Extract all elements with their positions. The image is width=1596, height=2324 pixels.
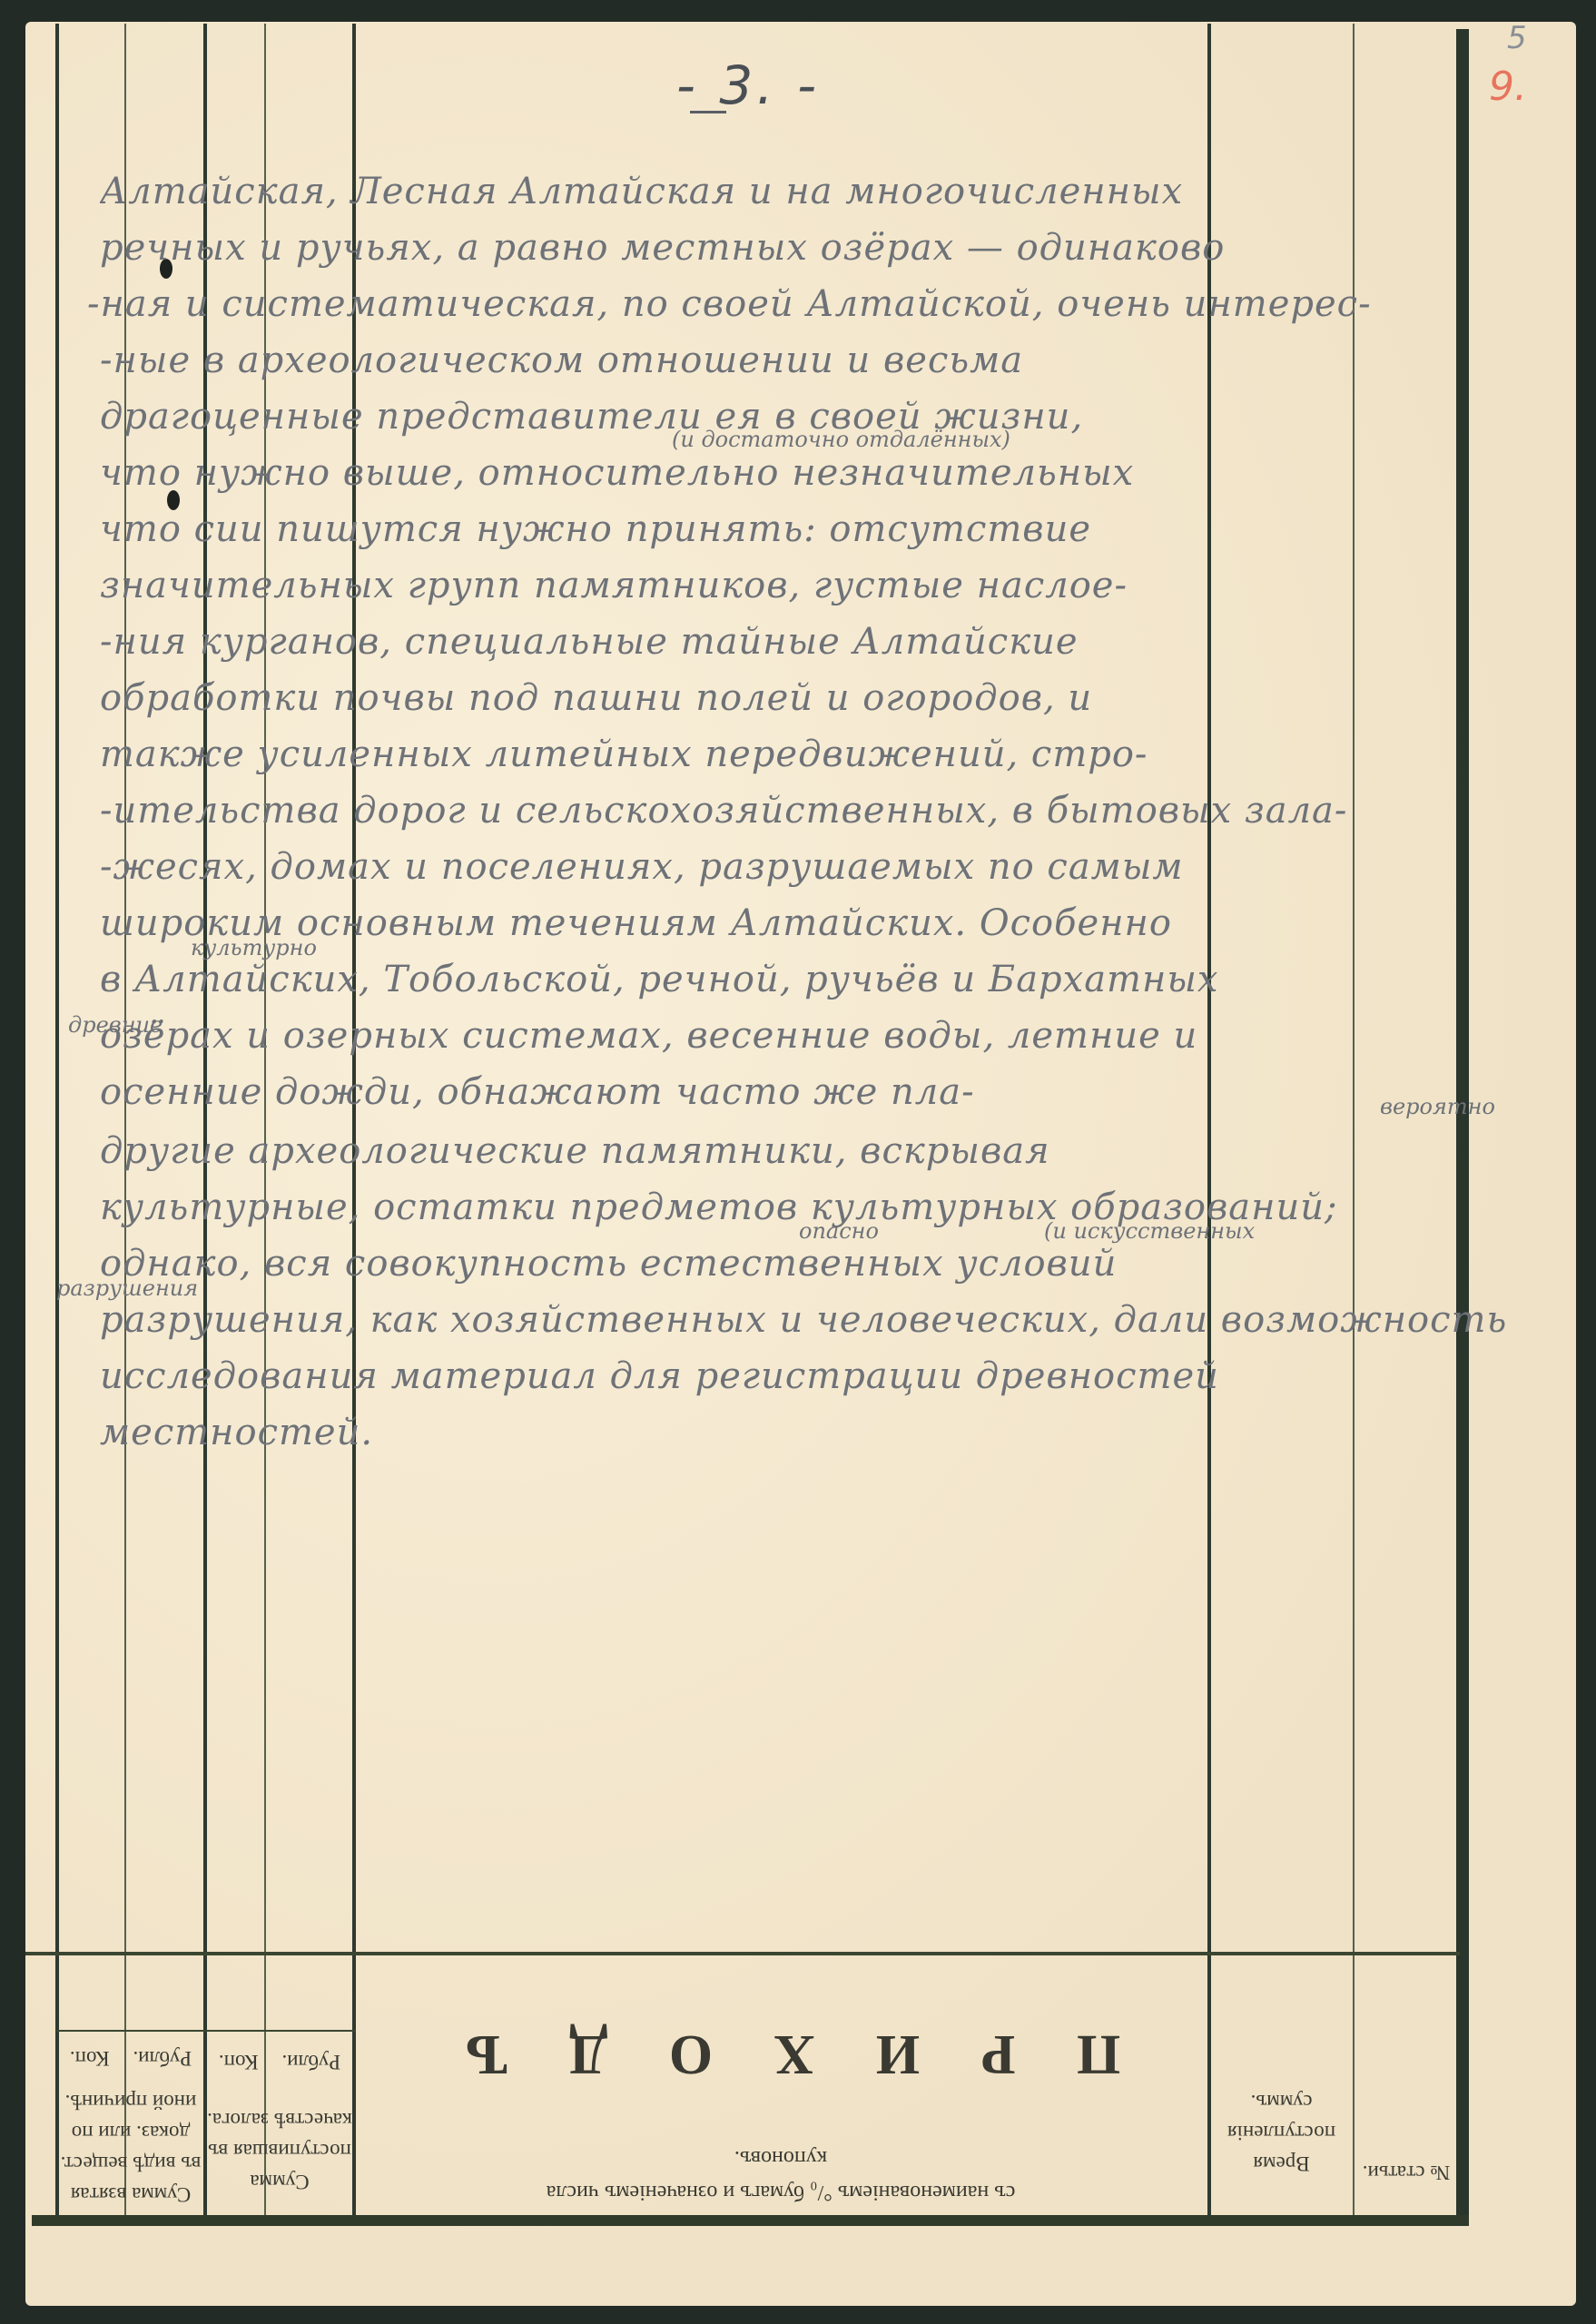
header-subtitle: съ наименованіемъ °/₀ бумагъ и означеніе…: [359, 2175, 1203, 2210]
handwritten-line: речных и ручьях, а равно местных озёрах …: [100, 227, 1516, 269]
header-top-rule: [25, 1952, 1460, 1955]
header-col-number: № статьи.: [1356, 1961, 1456, 2215]
handwritten-line: другие археологические памятники, вскрыв…: [100, 1130, 1516, 1172]
insertion-note: (и достаточно отдалённых): [672, 427, 1010, 452]
header-title: П Р И Х О Д Ъ: [359, 2022, 1203, 2086]
insertion-note: древние: [68, 1012, 163, 1038]
insertion-note: разрушения: [56, 1275, 198, 1301]
handwritten-line: озёрах и озерных системах, весенние воды…: [100, 1015, 1516, 1057]
header-col-evidence: Сумма взятая въ видѣ вещест. доказ. или …: [58, 1961, 203, 2215]
page-number-underline: [690, 111, 726, 113]
handwritten-line: -ная и систематическая, по своей Алтайск…: [87, 283, 1503, 325]
header-col-time: Время поступленія суммъ.: [1211, 1961, 1352, 2215]
handwritten-line: исследования материал для регистрации др…: [100, 1355, 1516, 1397]
handwritten-line: разрушения, как хозяйственных и человече…: [100, 1299, 1516, 1341]
handwritten-line: однако, вся совокупность естественных ус…: [100, 1243, 1516, 1285]
insertion-note: вероятно: [1380, 1094, 1495, 1119]
handwritten-line: -ния курганов, специальные тайные Алтайс…: [100, 621, 1516, 663]
handwritten-line: в Алтайских, Тобольской, речной, ручьёв …: [100, 959, 1516, 1000]
handwritten-line: значительных групп памятников, густые на…: [100, 565, 1516, 606]
folio-pencil: 5: [1507, 20, 1527, 56]
header-col-evidence-sub: Рубли. Коп.: [58, 2043, 203, 2073]
insertion-note: (и искусственных: [1044, 1218, 1255, 1244]
insertion-note: культурно: [191, 935, 317, 960]
handwritten-line: что сии пишутся нужно принять: отсутстви…: [100, 508, 1516, 550]
handwritten-line: -жесях, домах и поселениях, разрушаемых …: [100, 846, 1516, 888]
handwritten-line: что нужно выше, относительно незначитель…: [100, 452, 1516, 494]
column-rule: [55, 24, 59, 2221]
header-col-pledge: Сумма поступившая въ качествѣ залога. Ру…: [207, 1961, 352, 2215]
handwritten-line: Алтайская, Лесная Алтайская и на многочи…: [100, 171, 1516, 212]
handwritten-line: также усиленных литейных передвижений, с…: [100, 734, 1516, 775]
handwritten-line: обработки почвы под пашни полей и огород…: [100, 677, 1516, 719]
header-bottom-rule: [32, 2215, 1469, 2226]
header-subtitle-2: купоновъ.: [359, 2141, 1203, 2175]
handwritten-line: осенние дожди, обнажают часто же пла-: [100, 1071, 1516, 1113]
folio-red: 9.: [1489, 64, 1527, 110]
insertion-note: опасно: [799, 1218, 879, 1244]
handwritten-line: -ные в археологическом отношении и весьм…: [100, 340, 1516, 381]
handwritten-line: местностей.: [100, 1412, 1516, 1453]
page-number: - 3. -: [676, 54, 820, 116]
handwritten-line: -ительства дорог и сельскохозяйственных,…: [100, 790, 1516, 832]
header-title-block: съ наименованіемъ °/₀ бумагъ и означеніе…: [359, 1961, 1203, 2215]
header-col-pledge-sub: Рубли. Коп.: [207, 2046, 352, 2077]
